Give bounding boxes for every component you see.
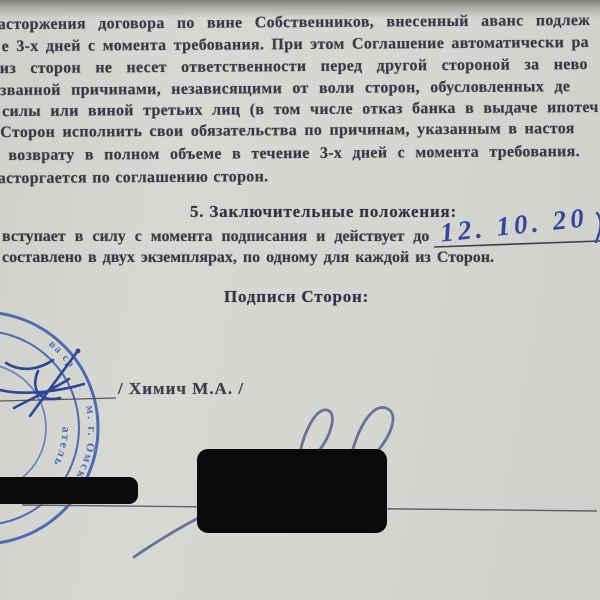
round-stamp: ва ср м. г. Омск ж атель	[0, 312, 99, 544]
owner-signer-name: / Химич М.А. /	[118, 379, 244, 399]
signatures-heading: Подписи Сторон:	[224, 287, 369, 307]
signature-line-owner	[0, 398, 116, 401]
paragraph-line: е 3-х дней с момента требования. При это…	[2, 34, 589, 56]
owner-signature-scribble	[0, 349, 84, 416]
paragraph-line: Сторон исполнить свои обязательства по п…	[0, 120, 575, 142]
scanned-contract-page: расторжения договора по вине Собственник…	[0, 0, 600, 600]
stamp-ring-text: атель	[50, 426, 73, 469]
paragraph-line: званной причинами, независящими от воли …	[0, 78, 570, 100]
stamp-outer-ring	[0, 312, 98, 544]
paragraph-line: силы или виной третьих лиц (в том числе …	[2, 99, 599, 121]
stamp-ring-text: ва ср	[46, 338, 77, 371]
redaction-box-center	[197, 449, 387, 533]
paragraph-line: расторгается по соглашению сторон.	[0, 168, 268, 188]
date-ink-stroke	[596, 213, 600, 242]
validity-line: вступает в силу с момента подписания и д…	[2, 228, 429, 246]
paragraph-line: возврату в полном объеме в течение 3-х д…	[8, 143, 580, 165]
redaction-box-left	[0, 477, 138, 504]
contract-paragraph: расторжения договора по вине Собственник…	[0, 0, 600, 202]
copies-line: составлено в двух экземплярах, по одному…	[2, 249, 494, 267]
paragraph-line: из сторон не несет ответственности перед…	[0, 56, 588, 78]
stamp-inner-ring	[0, 364, 46, 492]
handwritten-date: 12. 10. 20	[439, 202, 589, 248]
paragraph-line: расторжения договора по вине Собственник…	[0, 12, 590, 34]
section-heading: 5. Заключительные положения:	[190, 202, 457, 222]
